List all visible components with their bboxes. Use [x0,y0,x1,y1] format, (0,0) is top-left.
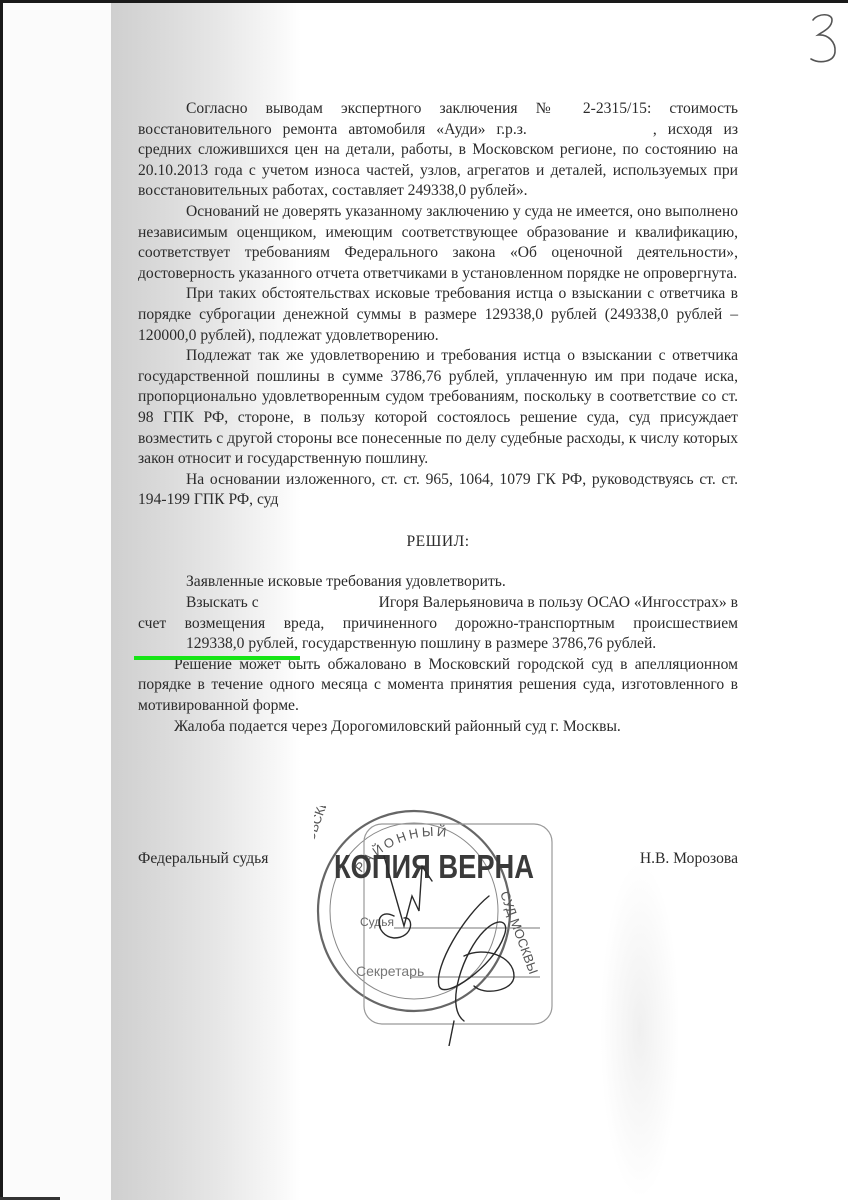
paragraph-no-grounds: Оснований не доверять указанному заключе… [138,202,738,284]
stamp-ring-right: СУД МОСКВЫ [497,889,541,976]
paragraph-claims-subrogation: При таких обстоятельствах исковые требов… [138,284,738,346]
paragraph-text: государственную пошлину в размере 3786,7… [302,635,656,652]
scan-smudge [600,860,680,1200]
stamp-main-text: КОПИЯ ВЕРНА [334,848,534,885]
paragraph-legal-basis: На основании изложенного, ст. ст. 965, 1… [138,470,738,511]
handwritten-page-number: 3 [808,10,842,66]
paragraph-state-duty: Подлежат так же удовлетворению и требова… [138,346,738,470]
svg-text:3: 3 [808,10,809,11]
decision-recover: Взыскать с Игоря Валерьяновича в пользу … [138,593,738,655]
decision-satisfy: Заявленные исковые требования удовлетвор… [138,572,738,593]
paragraph-expert-conclusion: Согласно выводам экспертного заключения … [138,99,738,202]
paragraph-text: Согласно выводам экспертного заключения … [138,100,738,138]
scan-margin-strip [3,3,111,1200]
judge-name: Н.В. Морозова [640,850,738,868]
document-body: Согласно выводам экспертного заключения … [138,99,738,737]
stamp-ring-left: ДОРОГОМИЛОВСКИЙ [314,806,334,921]
stamp-field-judge: Судья [360,915,394,929]
court-stamp: РАЙОННЫЙ ДОРОГОМИЛОВСКИЙ СУД МОСКВЫ КОПИ… [314,806,554,1046]
decision-appeal: Решение может быть обжаловано в Московск… [138,655,738,717]
decision-complaint: Жалоба подается через Дорогомиловский ра… [138,717,738,738]
highlighted-amount: 129338,0 рублей, [138,634,298,655]
judge-title: Федеральный судья [138,850,268,868]
paragraph-text: Взыскать с [186,594,259,611]
decision-heading: РЕШИЛ: [138,532,738,553]
